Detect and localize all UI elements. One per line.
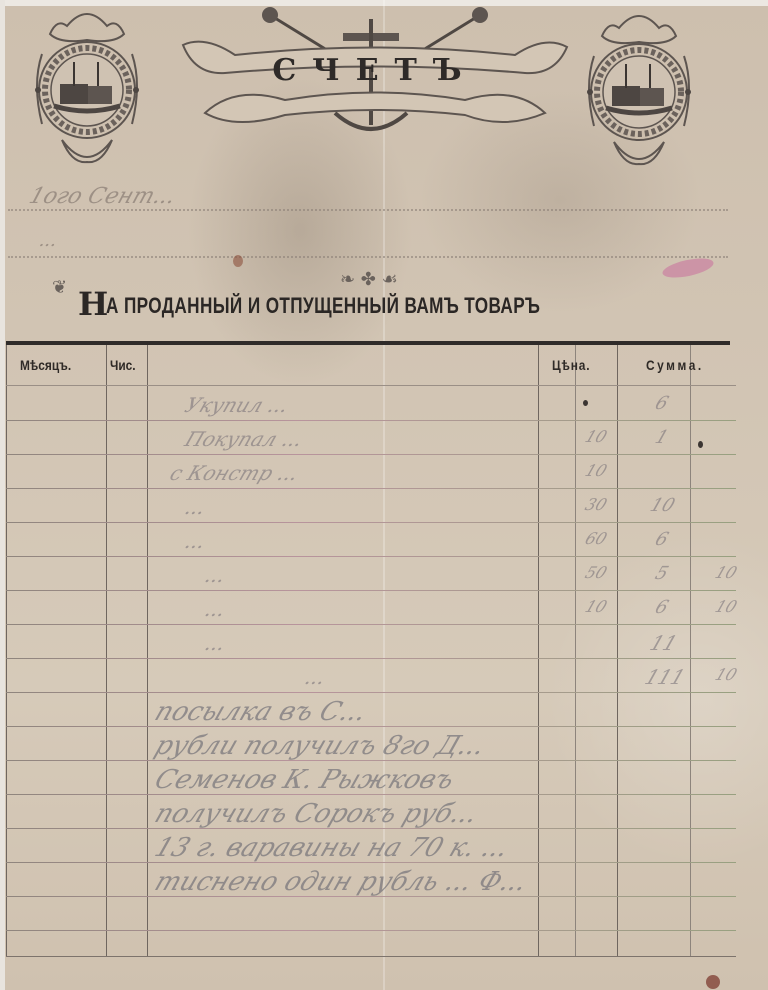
row-line [6,556,736,557]
row-line [6,930,736,931]
entry-price: 60 [583,529,610,548]
row-line [6,726,736,727]
row-line [6,956,736,957]
ink-dot [583,400,588,406]
ink-stain [233,255,243,267]
row-line [6,522,736,523]
entry-description: Укупил ... [182,393,293,417]
page-left-edge [0,0,5,990]
brown-stain [706,975,720,989]
entry-price: 30 [583,495,610,514]
column-divider [617,345,618,957]
ink-dot [698,441,703,448]
entry-description: с Констр ... [167,461,302,485]
entry-price: 10 [583,461,610,480]
entry-sum: 111 [642,665,689,689]
column-header-price: Цѣна. [552,357,590,373]
entry-description: ... [202,631,230,655]
entry-description: ... [182,495,210,519]
pencil-note-line-5: 13 г. варавины на 70 к. ... [151,833,513,863]
column-header-day: Чис. [110,357,136,373]
handwritten-header-line-1: 1ого Сент... [26,184,179,209]
row-line [6,624,736,625]
entry-description: ... [202,563,230,587]
column-divider [575,345,576,957]
entry-kop: 10 [713,597,740,616]
entry-sum: 11 [647,631,681,655]
subtitle-initial: Н [78,285,108,323]
column-header-sum: Сумма. [646,357,704,373]
entry-price: 50 [583,563,610,582]
pencil-note-line-4: получилъ Сорокъ руб... [151,799,482,829]
document-title: СЧЕТЪ [175,53,575,88]
invoice-subtitle: ❦ ❧ ✤ ☙ Н А ПРОДАННЫЙ И ОТПУЩЕННЫЙ ВАМЪ … [40,283,720,327]
row-line [6,488,736,489]
entry-kop: 10 [713,665,740,684]
column-divider [690,345,691,957]
entry-sum: 6 [652,597,671,618]
row-line [6,420,736,421]
row-line [6,385,736,386]
pencil-note-line-1: посылка въ С... [151,697,371,727]
floral-ornament-left-icon: ❦ [52,277,67,298]
pencil-note-line-3: Семенов К. Рыжковъ [151,765,459,795]
ledger-table: Мѣсяцъ. Чис. Цѣна. Сумма. Укупил ... 6 П… [6,345,738,960]
ship-medallion-icon-left [22,4,152,174]
entry-description: ... [202,597,230,621]
column-header-month: Мѣсяцъ. [20,357,71,373]
dotted-line-2 [8,256,728,258]
row-line [6,590,736,591]
row-line [6,658,736,659]
entry-sum: 1 [652,427,671,448]
entry-description: ... [302,665,330,689]
dotted-line-1 [8,209,728,211]
column-divider [147,345,148,957]
entry-sum: 6 [652,529,671,550]
pencil-note-line-2: рубли получилъ 8го Д... [151,731,490,761]
entry-sum: 5 [652,563,671,584]
entry-description: ... [182,529,210,553]
row-line [6,454,736,455]
row-line [6,692,736,693]
subtitle-text: А ПРОДАННЫЙ И ОТПУЩЕННЫЙ ВАМЪ ТОВАРЪ [106,293,540,319]
entry-sum: 10 [647,495,678,516]
column-divider [106,345,107,957]
ship-medallion-icon-right [574,6,704,176]
floral-ornament-center-icon: ❧ ✤ ☙ [340,269,398,290]
entry-price: 10 [583,597,610,616]
pencil-note-line-6: тиснено один рубль ... Ф... [151,867,532,897]
entry-kop: 10 [713,563,740,582]
title-banner: СЧЕТЪ [175,5,575,145]
column-divider [538,345,539,957]
entry-description: Покупал ... [182,427,307,451]
column-divider [6,345,7,957]
entry-sum: 6 [652,393,671,414]
entry-price: 10 [583,427,610,446]
